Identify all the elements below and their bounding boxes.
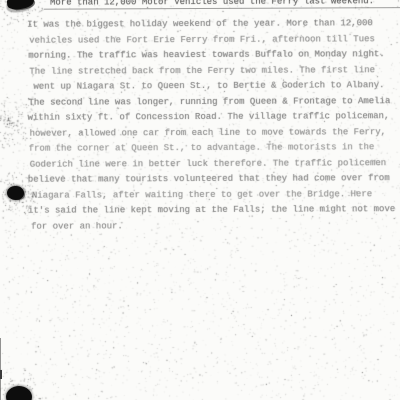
body-line: from the corner at Queen St., to advanta… bbox=[29, 140, 396, 157]
body-line: it's said the line kept moving at the Fa… bbox=[28, 202, 396, 219]
body-line: Niagara Falls, after waiting there to ge… bbox=[32, 187, 396, 204]
typewritten-text-layer: More than 12,000 Motor Vehicles used the… bbox=[0, 0, 400, 1]
body-line: vehicles used the Fort Erie Ferry from F… bbox=[29, 32, 395, 49]
body-line: Goderich line were in better luck theref… bbox=[30, 156, 396, 173]
body-line: went up Niagara St. to Queen St., to Ber… bbox=[33, 78, 395, 95]
body-line: It was the biggest holiday weekend of th… bbox=[27, 16, 395, 33]
scanned-document-page: More than 12,000 Motor Vehicles used the… bbox=[0, 0, 400, 400]
body-line: within sixty ft. of Concession Road. The… bbox=[27, 109, 395, 126]
body-line: for over an hour. bbox=[31, 218, 396, 235]
body-line: believe that many tourists volunteered t… bbox=[28, 171, 396, 188]
body-line: The second line was longer, running from… bbox=[28, 94, 395, 111]
body-line: morning. The traffic was heaviest toward… bbox=[28, 47, 395, 64]
document-body: It was the biggest holiday weekend of th… bbox=[27, 16, 396, 235]
body-line: The line stretched back from the Ferry t… bbox=[29, 63, 395, 80]
body-line: however, allowed one car from each line … bbox=[30, 125, 396, 142]
document-headline: More than 12,000 Motor Vehicles used the… bbox=[44, 0, 400, 10]
ink-blot-mid-left bbox=[7, 186, 24, 200]
left-edge-scan-line bbox=[0, 338, 1, 400]
